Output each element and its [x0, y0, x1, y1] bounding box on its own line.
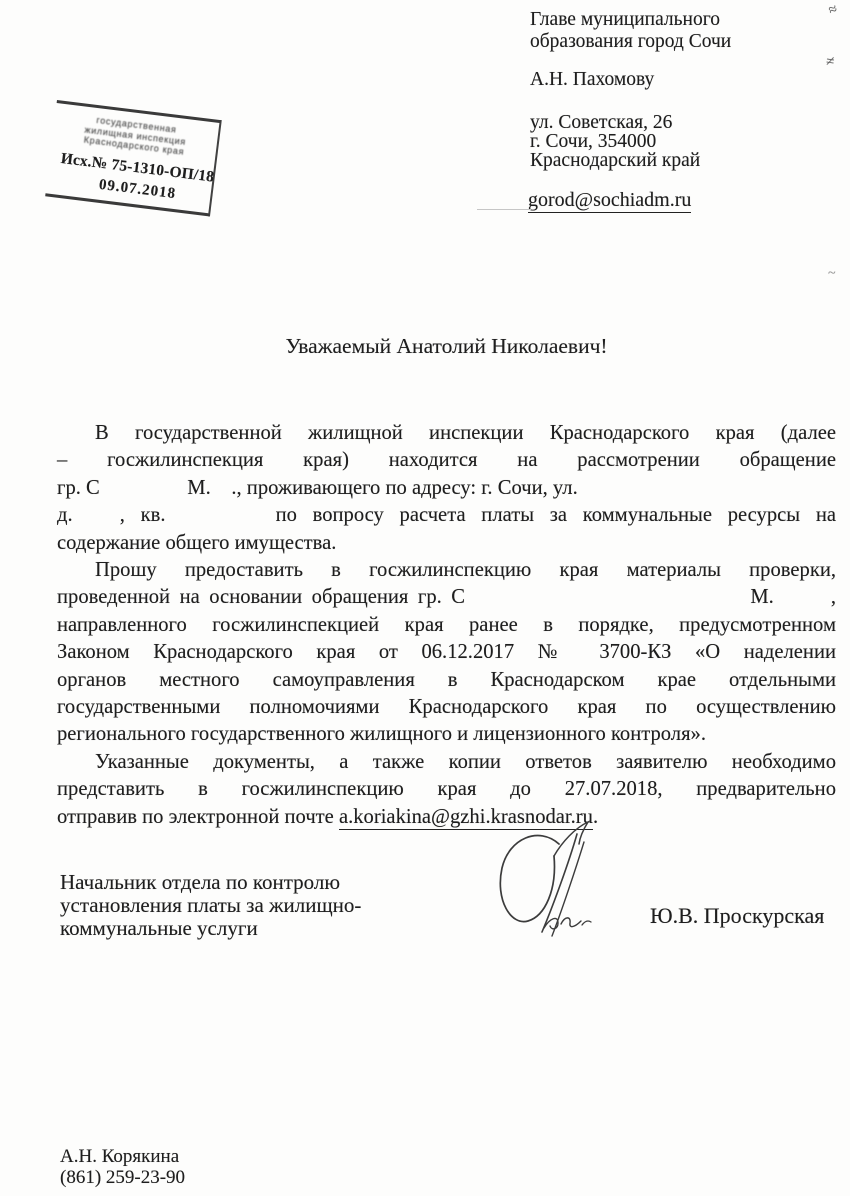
signer-title-line: Начальник отдела по контролю [60, 871, 420, 894]
recipient-address-line: г. Сочи, 354000 [530, 131, 656, 152]
recipient-email-text: gorod@sochiadm.ru [528, 189, 691, 213]
body-line-redacted: д. , кв. по вопросу расчета платы за ком… [57, 502, 836, 529]
contact-phone: (861) 259-23-90 [60, 1168, 185, 1189]
body-line: – госжилинспекция края) находится на рас… [57, 447, 836, 474]
recipient-org-line: Главе муниципального [530, 9, 720, 30]
body-line: направленного госжилинспекцией края ране… [57, 612, 836, 639]
body-line: органов местного самоуправления в Красно… [57, 667, 836, 694]
signer-name: Ю.В. Проскурская [650, 903, 824, 929]
recipient-address-line: ул. Советская, 26 [530, 112, 672, 133]
body-line: отправив по электронной почте a.koriakin… [57, 804, 836, 831]
recipient-address-line: Краснодарский край [530, 150, 700, 171]
scan-artifact: ≈ [826, 1, 840, 20]
contact-name: А.Н. Корякина [60, 1147, 185, 1168]
scan-line-artifact [477, 209, 531, 210]
signer-title-line: коммунальные услуги [60, 917, 420, 940]
body-line: В государственной жилищной инспекции Кра… [57, 420, 836, 447]
body-line: Законом Краснодарского края от 06.12.201… [57, 639, 836, 666]
body-line-redacted: гр. С М. ., проживающего по адресу: г. С… [57, 475, 836, 502]
scan-artifact: ~ [828, 266, 836, 282]
body-text: отправив по электронной почте [57, 806, 339, 828]
executor-contact: А.Н. Корякина (861) 259-23-90 [60, 1147, 185, 1188]
body-line-redacted: проведенной на основании обращения гр. С… [57, 584, 836, 611]
recipient-org-line: образования город Сочи [530, 31, 731, 52]
body-line: государственными полномочиями Краснодарс… [57, 694, 836, 721]
recipient-email: gorod@sochiadm.ru [528, 190, 691, 211]
handwritten-signature [487, 820, 607, 945]
salutation: Уважаемый Анатолий Николаевич! [57, 334, 836, 359]
letter-body: В государственной жилищной инспекции Кра… [57, 420, 836, 831]
scanned-letter-page: Главе муниципального образования город С… [0, 0, 850, 1196]
body-line: содержание общего имущества. [57, 530, 836, 557]
body-line: Прошу предоставить в госжилинспекцию кра… [57, 557, 836, 584]
registration-stamp: государственная жилищная инспекция Красн… [45, 100, 222, 217]
recipient-name: А.Н. Пахомову [530, 69, 654, 90]
scan-artifact: ≠ [825, 54, 836, 72]
signer-title-line: установления платы за жилищно- [60, 894, 420, 917]
body-line: представить в госжилинспекцию края до 27… [57, 776, 836, 803]
body-line: регионального государственного жилищного… [57, 721, 836, 748]
body-line: Указанные документы, а также копии ответ… [57, 749, 836, 776]
signer-title: Начальник отдела по контролю установлени… [60, 871, 420, 940]
